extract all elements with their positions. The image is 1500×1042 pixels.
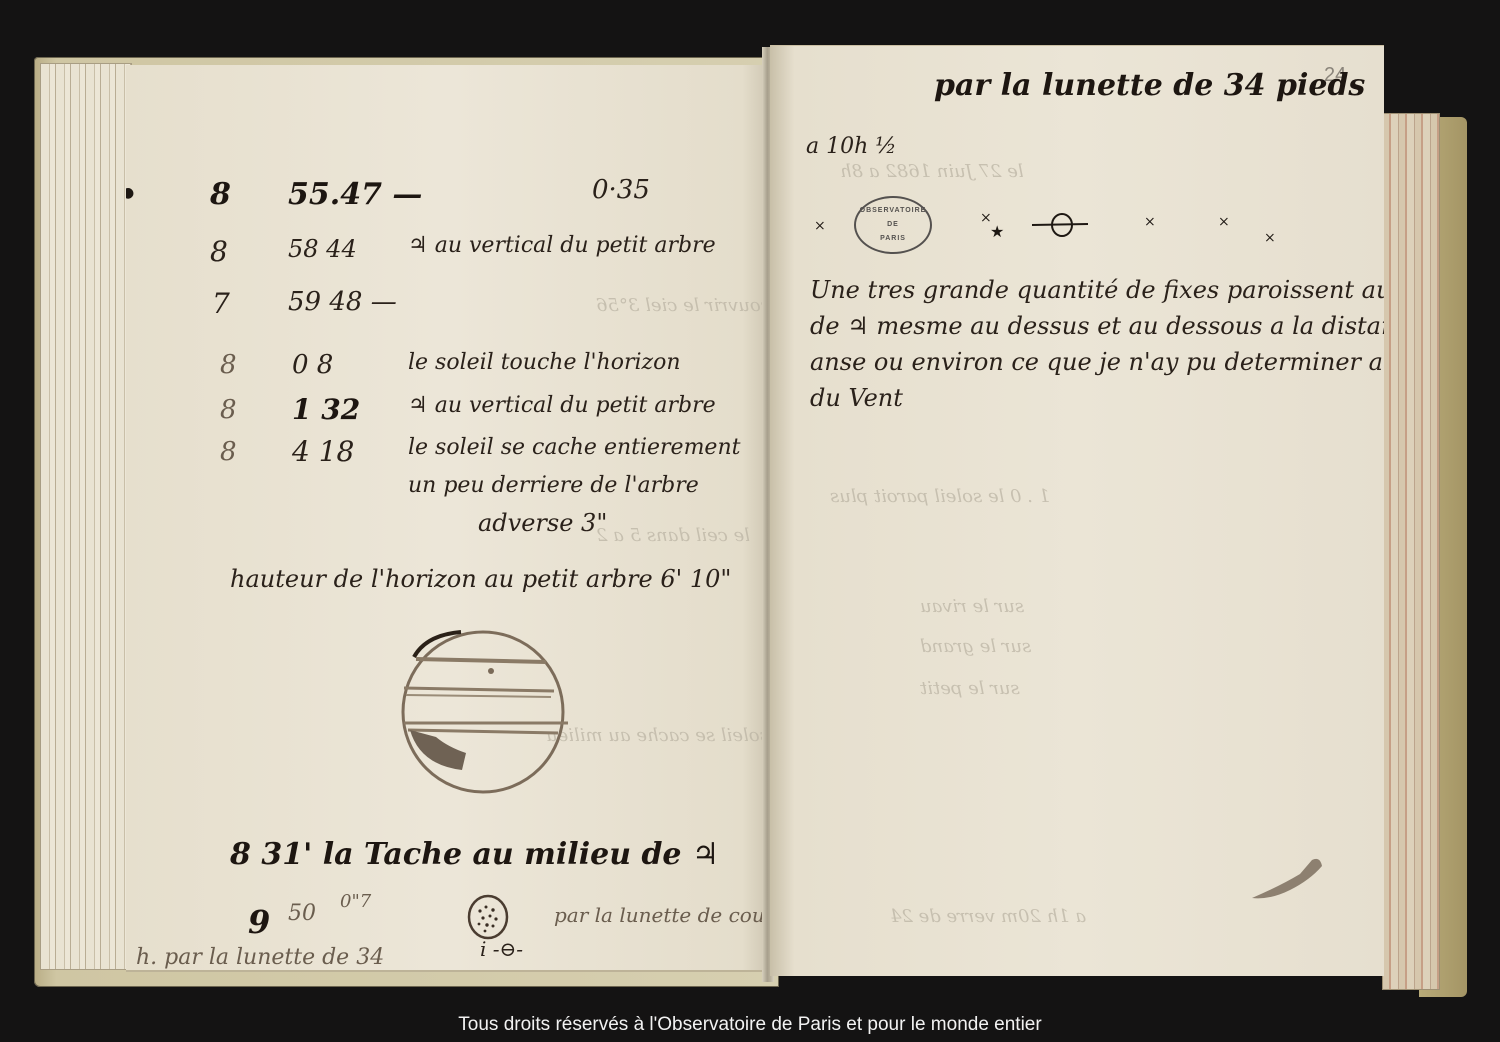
show-through-text: le ceil dans 5 a 2 bbox=[596, 525, 750, 546]
star-marker: ★ bbox=[990, 222, 1004, 241]
show-through-text: sur le rivau bbox=[920, 596, 1024, 617]
horizon-height-line: hauteur de l'horizon au petit arbre 6' 1… bbox=[230, 565, 731, 593]
jupiter-symbol-icon bbox=[1032, 212, 1092, 240]
paragraph-line-2: de ♃ mesme au dessus et au dessous a la … bbox=[810, 312, 1384, 340]
row-6-minutes: 4 18 bbox=[292, 435, 354, 468]
paragraph-line-1: Une tres grande quantité de fixes parois… bbox=[810, 276, 1384, 304]
row-4-note: le soleil touche l'horizon bbox=[408, 350, 681, 375]
star-marker: × bbox=[1144, 214, 1156, 230]
show-through-text: sur le petit bbox=[920, 678, 1020, 699]
show-through-text: couvrir le ciel 3°56 bbox=[596, 295, 768, 316]
left-page: couvrir le ciel 3°56 le ceil dans 5 a 2 … bbox=[126, 65, 768, 970]
ink-blot bbox=[1250, 854, 1330, 904]
bottom-lunette-line: h. par la lunette de 34 bbox=[136, 945, 384, 970]
row-950-hour: 9 bbox=[248, 903, 270, 941]
stamp-line-1: OBSERVATOIRE bbox=[856, 204, 930, 218]
stamp-line-3: PARIS bbox=[856, 232, 930, 246]
row-950-minutes: 50 bbox=[288, 901, 316, 926]
paragraph-line-3: anse ou environ ce que je n'ay pu determ… bbox=[810, 348, 1384, 376]
row-3-hour: 7 bbox=[212, 287, 230, 320]
open-notebook: couvrir le ciel 3°56 le ceil dans 5 a 2 … bbox=[34, 55, 1464, 990]
row-1-minutes: 55.47 — bbox=[288, 177, 422, 212]
margin-dot: ● bbox=[126, 185, 134, 201]
spotted-disk-icon bbox=[466, 893, 512, 943]
row-950-seconds: 0"7 bbox=[340, 891, 371, 912]
jupiter-sketch-icon bbox=[396, 625, 576, 795]
observatoire-stamp: OBSERVATOIRE DE PARIS bbox=[854, 196, 932, 254]
lunette-note: par la lunette de coup bbox=[554, 903, 768, 927]
row-5-note: ♃ au vertical du petit arbre bbox=[408, 393, 716, 418]
star-marker: × bbox=[814, 218, 826, 234]
star-marker: × bbox=[1264, 230, 1276, 246]
show-through-text: le 27 Juin 1682 a 8h bbox=[840, 161, 1024, 182]
right-page: le 27 Juin 1682 a 8h 1 . 0 le soleil par… bbox=[770, 45, 1384, 976]
show-through-text: a 1h 20m verre de 24 bbox=[890, 906, 1086, 927]
row-4-hour: 8 bbox=[220, 350, 237, 380]
star-marker: × bbox=[1218, 214, 1230, 230]
left-page-edges bbox=[40, 63, 132, 970]
row-5-hour: 8 bbox=[220, 395, 237, 425]
paragraph-line-4: du Vent bbox=[810, 384, 903, 412]
row-5-minutes: 1 32 bbox=[292, 393, 360, 426]
observation-time: a 10h ½ bbox=[806, 134, 897, 159]
row-2-hour: 8 bbox=[210, 235, 228, 268]
page-heading: par la lunette de 34 pieds bbox=[934, 68, 1365, 103]
right-page-edges bbox=[1382, 113, 1440, 990]
note-continued: un peu derriere de l'arbre bbox=[408, 473, 699, 498]
note-adverse: adverse 3" bbox=[478, 509, 607, 537]
show-through-text: le soleil se cache au milieu bbox=[546, 725, 768, 746]
spot-observation-line: 8 31' la Tache au milieu de ♃ bbox=[230, 837, 719, 872]
row-6-note: le soleil se cache entierement bbox=[408, 435, 740, 460]
show-through-text: sur le grand bbox=[920, 636, 1031, 657]
row-1-hour: 8 bbox=[210, 177, 231, 212]
row-2-minutes: 58 44 bbox=[288, 235, 357, 263]
show-through-text: 1 . 0 le soleil paroit plus bbox=[830, 486, 1050, 507]
copyright-caption: Tous droits réservés à l'Observatoire de… bbox=[0, 1014, 1500, 1036]
row-3-minutes: 59 48 — bbox=[288, 287, 397, 317]
row-4-minutes: 0 8 bbox=[292, 350, 333, 380]
row-2-note: ♃ au vertical du petit arbre bbox=[408, 233, 716, 258]
row-6-hour: 8 bbox=[220, 437, 237, 467]
row-1-right-value: 0·35 bbox=[592, 175, 650, 205]
bottom-planet-symbol: i -⊖- bbox=[480, 937, 523, 961]
stamp-line-2: DE bbox=[856, 218, 930, 232]
